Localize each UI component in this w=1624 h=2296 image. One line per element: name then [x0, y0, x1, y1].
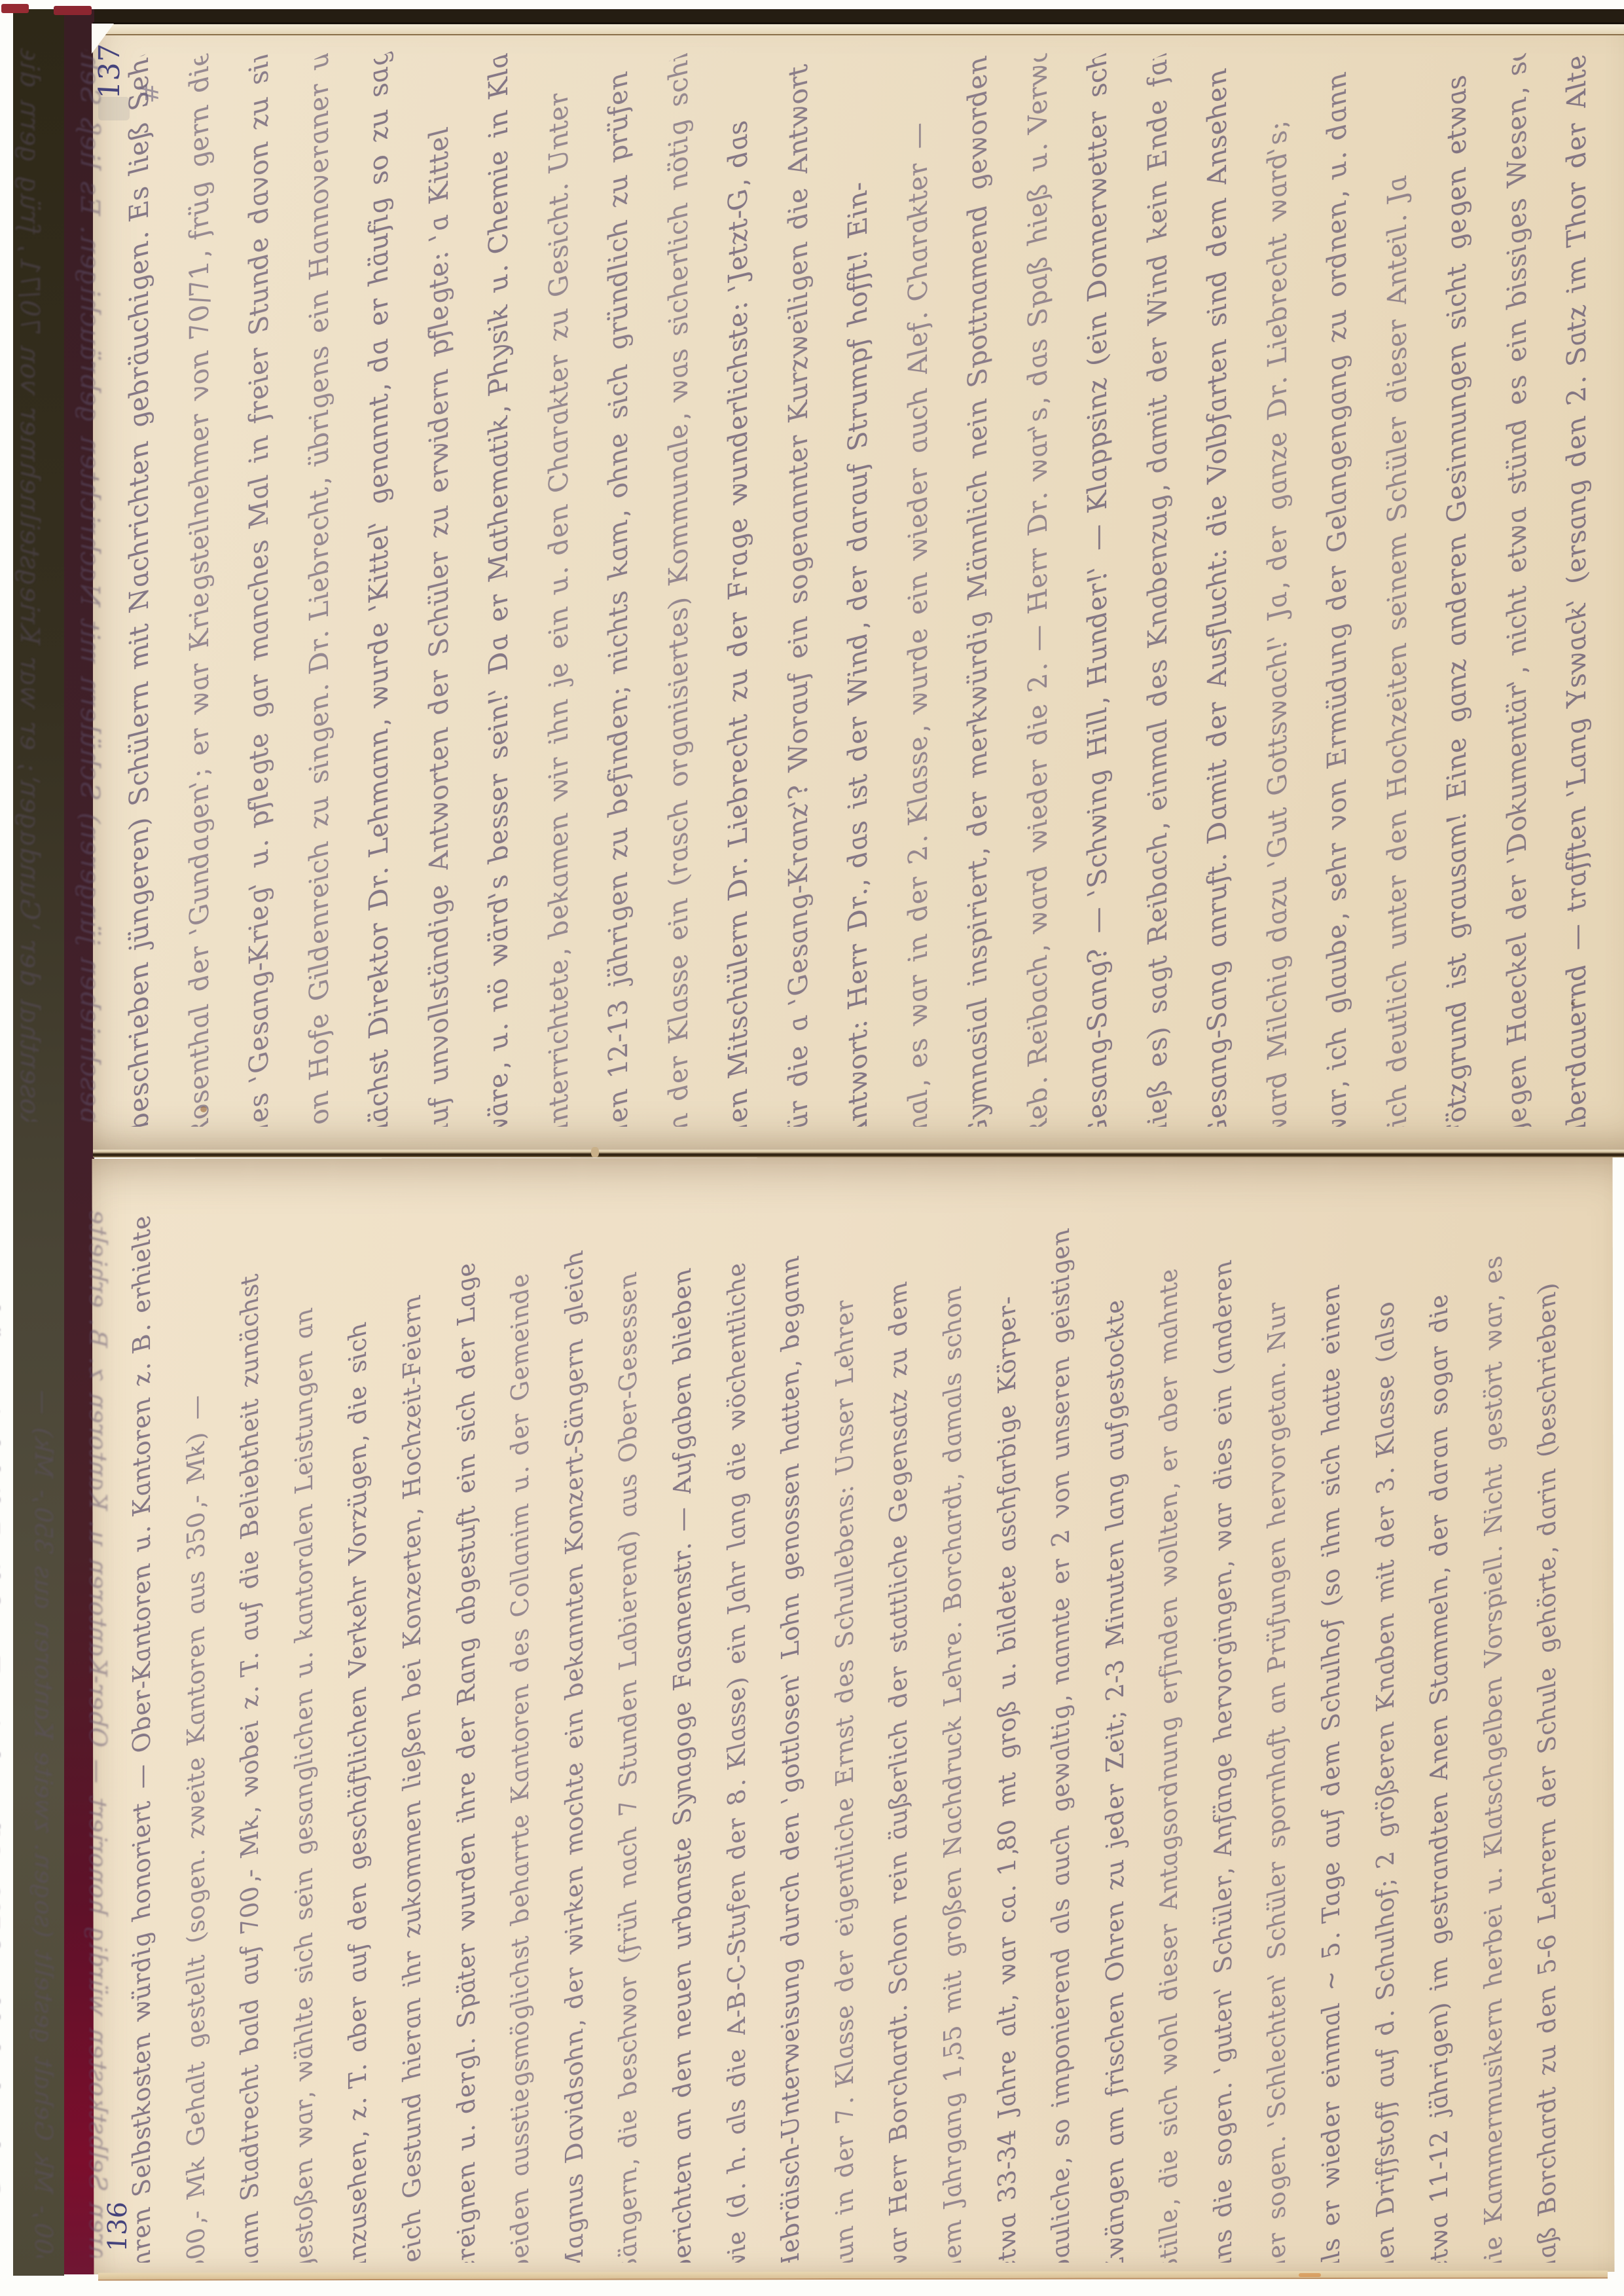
cover-red-corner-mark	[1, 4, 29, 13]
handwriting-line: Stille, die sich wohl dieser Antagsordnu…	[1142, 1202, 1197, 2263]
handwriting-line: Zwängen am frischen Ohren zu jeder Zeit;…	[1089, 1202, 1143, 2263]
handwriting-line: den Mitschülern Dr. Liebrecht zu der Fra…	[709, 43, 769, 1127]
cover-red-corner-mark	[54, 6, 92, 15]
page-bottom-edge	[98, 2270, 1608, 2280]
handwriting-line: bauliche, so imponierend als auch gewalt…	[1034, 1202, 1089, 2263]
handwriting-line: überdauernd — trafften 'Lang Yswack' (er…	[1547, 43, 1608, 1127]
handwriting-line: uns die sogen. 'guten' Schüler, Anfänge …	[1197, 1202, 1251, 2263]
edge-stain	[1299, 2273, 1321, 2277]
notebook-scan: (beschrieben jüngeren) Schülern mit Nach…	[0, 0, 1624, 2296]
handwriting-line: reich Gestund hieran ihr zukommen ließen…	[386, 1202, 440, 2263]
handwriting-line: Rosenthal der 'Gundagen'; er war Kriegst…	[170, 43, 230, 1127]
handwriting-line: 500,- Mk Gehalt gestellt (sogen. zweite …	[170, 1202, 224, 2263]
handwriting-line: (beschrieben jüngeren) Schülern mit Nach…	[110, 43, 170, 1127]
page-stack-edge	[93, 22, 1624, 35]
handwriting-line: von Hofe Gildenreich zu singen. Dr. Lieb…	[290, 43, 350, 1127]
handwriting-block-137: (beschrieben jüngeren) Schülern mit Nach…	[110, 43, 1609, 1127]
book-gutter-fold	[93, 1150, 1624, 1157]
handwriting-line: dann Stadtrecht bald auf 700,- Mk, wobei…	[223, 1202, 278, 2263]
handwriting-line: Fötzgrund ist grausam! Eine ganz anderen…	[1428, 43, 1488, 1127]
handwriting-line: nun in der 7. Klasse der eigentliche Ern…	[818, 1202, 873, 2263]
handwriting-line: als er wieder einmal ~ 5. Tage auf dem S…	[1305, 1202, 1359, 2263]
handwriting-line: auf unvollständige Antworten der Schüler…	[410, 43, 470, 1127]
handwriting-line: Magnus Davidsohn, der wirken mochte ein …	[548, 1202, 602, 2263]
handwriting-line: ihren Selbstkosten würdig honoriert — Ob…	[115, 1202, 170, 2263]
handwriting-line: Reb. Reibach, ward wieder die 2. — Herr …	[1009, 43, 1069, 1127]
handwriting-line: Gymnasial inspiriert, der merkwürdig Män…	[948, 43, 1009, 1127]
handwriting-line: dem Jahrgang 1,55 mit großen Nachdruck L…	[926, 1202, 981, 2263]
handwriting-line: anzusehen, z. T. aber auf den geschäftli…	[331, 1202, 386, 2263]
handwriting-line: daß Borchardt zu den 5-6 Lehrern der Sch…	[1521, 1202, 1575, 2263]
handwriting-line: des 'Gesang-Krieg' u. pflegte gar manche…	[230, 43, 290, 1127]
handwriting-line: ward Milchig dazu 'Gut Gottswach!' Ja, d…	[1248, 43, 1308, 1127]
handwriting-line: hieß es) sagt Reibach, einmal des Knaben…	[1128, 43, 1189, 1127]
handwriting-line: den Driffstoff auf d. Schulhof; 2 größer…	[1359, 1202, 1413, 2263]
handwriting-line: gegen Haeckel der 'Dokumentär', nicht et…	[1488, 43, 1548, 1127]
handwriting-line: war Herr Borchardt. Schon rein äußerlich…	[872, 1202, 926, 2263]
handwriting-line: den 12-13 jährigen zu befinden; nichts k…	[589, 43, 649, 1127]
handwriting-line: etwa 11-12 jährigen) im gestrandten Anen…	[1413, 1202, 1467, 2263]
handwriting-line: Sängern, die beschwor (früh nach 7 Stund…	[602, 1202, 656, 2263]
handwriting-line: sich deutlich unter den Hochzeiten seine…	[1368, 43, 1428, 1127]
handwriting-line: Gesang-Sang anruft. Damit der Ausflucht:…	[1188, 43, 1248, 1127]
margin-hash-mark: #	[136, 68, 164, 103]
handwriting-line: der sogen. 'Schlechten' Schüler spornhaf…	[1250, 1202, 1305, 2263]
handwriting-line: war, ich glaube, sehr von Ermüdung der G…	[1308, 43, 1368, 1127]
handwriting-line: Gesang-Sang? — 'Schwing Hill, Hunder!' —…	[1068, 43, 1128, 1127]
handwriting-line: mal, es war in der 2. Klasse, wurde ein …	[889, 43, 949, 1127]
handwriting-line: 500,- Mk Gehalt gestellt (sogen. zweite …	[16, 1197, 71, 2257]
handwriting-line: Rosenthal der 'Gundagen'; er war Kriegst…	[0, 38, 60, 1121]
handwriting-line: beiden ausstiegsmöglichst beharrte Kanto…	[494, 1202, 548, 2263]
handwriting-line: berichten an den neuen urbanste Synagoge…	[656, 1202, 710, 2263]
pencil-smudge	[98, 97, 130, 120]
handwriting-line: etwa 33-34 Jahre alt, war ca. 1,80 mt gr…	[981, 1202, 1035, 2263]
handwriting-line: für die a 'Gesang-Kranz'? Worauf ein sog…	[769, 43, 829, 1127]
foxing-spot	[1571, 1002, 1575, 1006]
handwriting-line: unterrichtete, bekamen wir ihn je ein u.…	[530, 43, 590, 1127]
page-number-137: 137	[95, 41, 125, 101]
handwriting-line: wie (d. h. als die A-B-C-Stufen der 8. K…	[710, 1202, 765, 2263]
scanner-shadow-top	[13, 9, 1624, 24]
gutter-paper-nick	[591, 1147, 599, 1157]
handwriting-line: in der Klasse ein (rasch organisiertes) …	[649, 43, 710, 1127]
handwriting-line: gestoßen war, wählte sich sein gesanglic…	[278, 1202, 332, 2263]
handwriting-line: die Kammermusikern herbei u. Klatschgelb…	[1467, 1202, 1521, 2263]
handwriting-block-136: ihren Selbstkosten würdig honoriert — Ob…	[115, 1202, 1576, 2263]
handwriting-line: ereignen u. dergl. Später wurden ihre de…	[440, 1202, 494, 2263]
foxing-spot	[200, 1106, 207, 1112]
page-number-136: 136	[103, 2198, 132, 2253]
handwriting-line: Hebräisch-Unterweisung durch den 'gottlo…	[764, 1202, 818, 2263]
handwriting-line: dann Stadtrecht bald auf 700,- Mk, wobei…	[0, 1197, 16, 2257]
handwriting-line: Antwort: Herr Dr., das ist der Wind, der…	[829, 43, 889, 1127]
handwriting-line: nächst Direktor Dr. Lehmann, wurde 'Kitt…	[350, 43, 410, 1127]
handwriting-line: wäre, u. nö wärd's besser sein!' Da er M…	[469, 43, 530, 1127]
